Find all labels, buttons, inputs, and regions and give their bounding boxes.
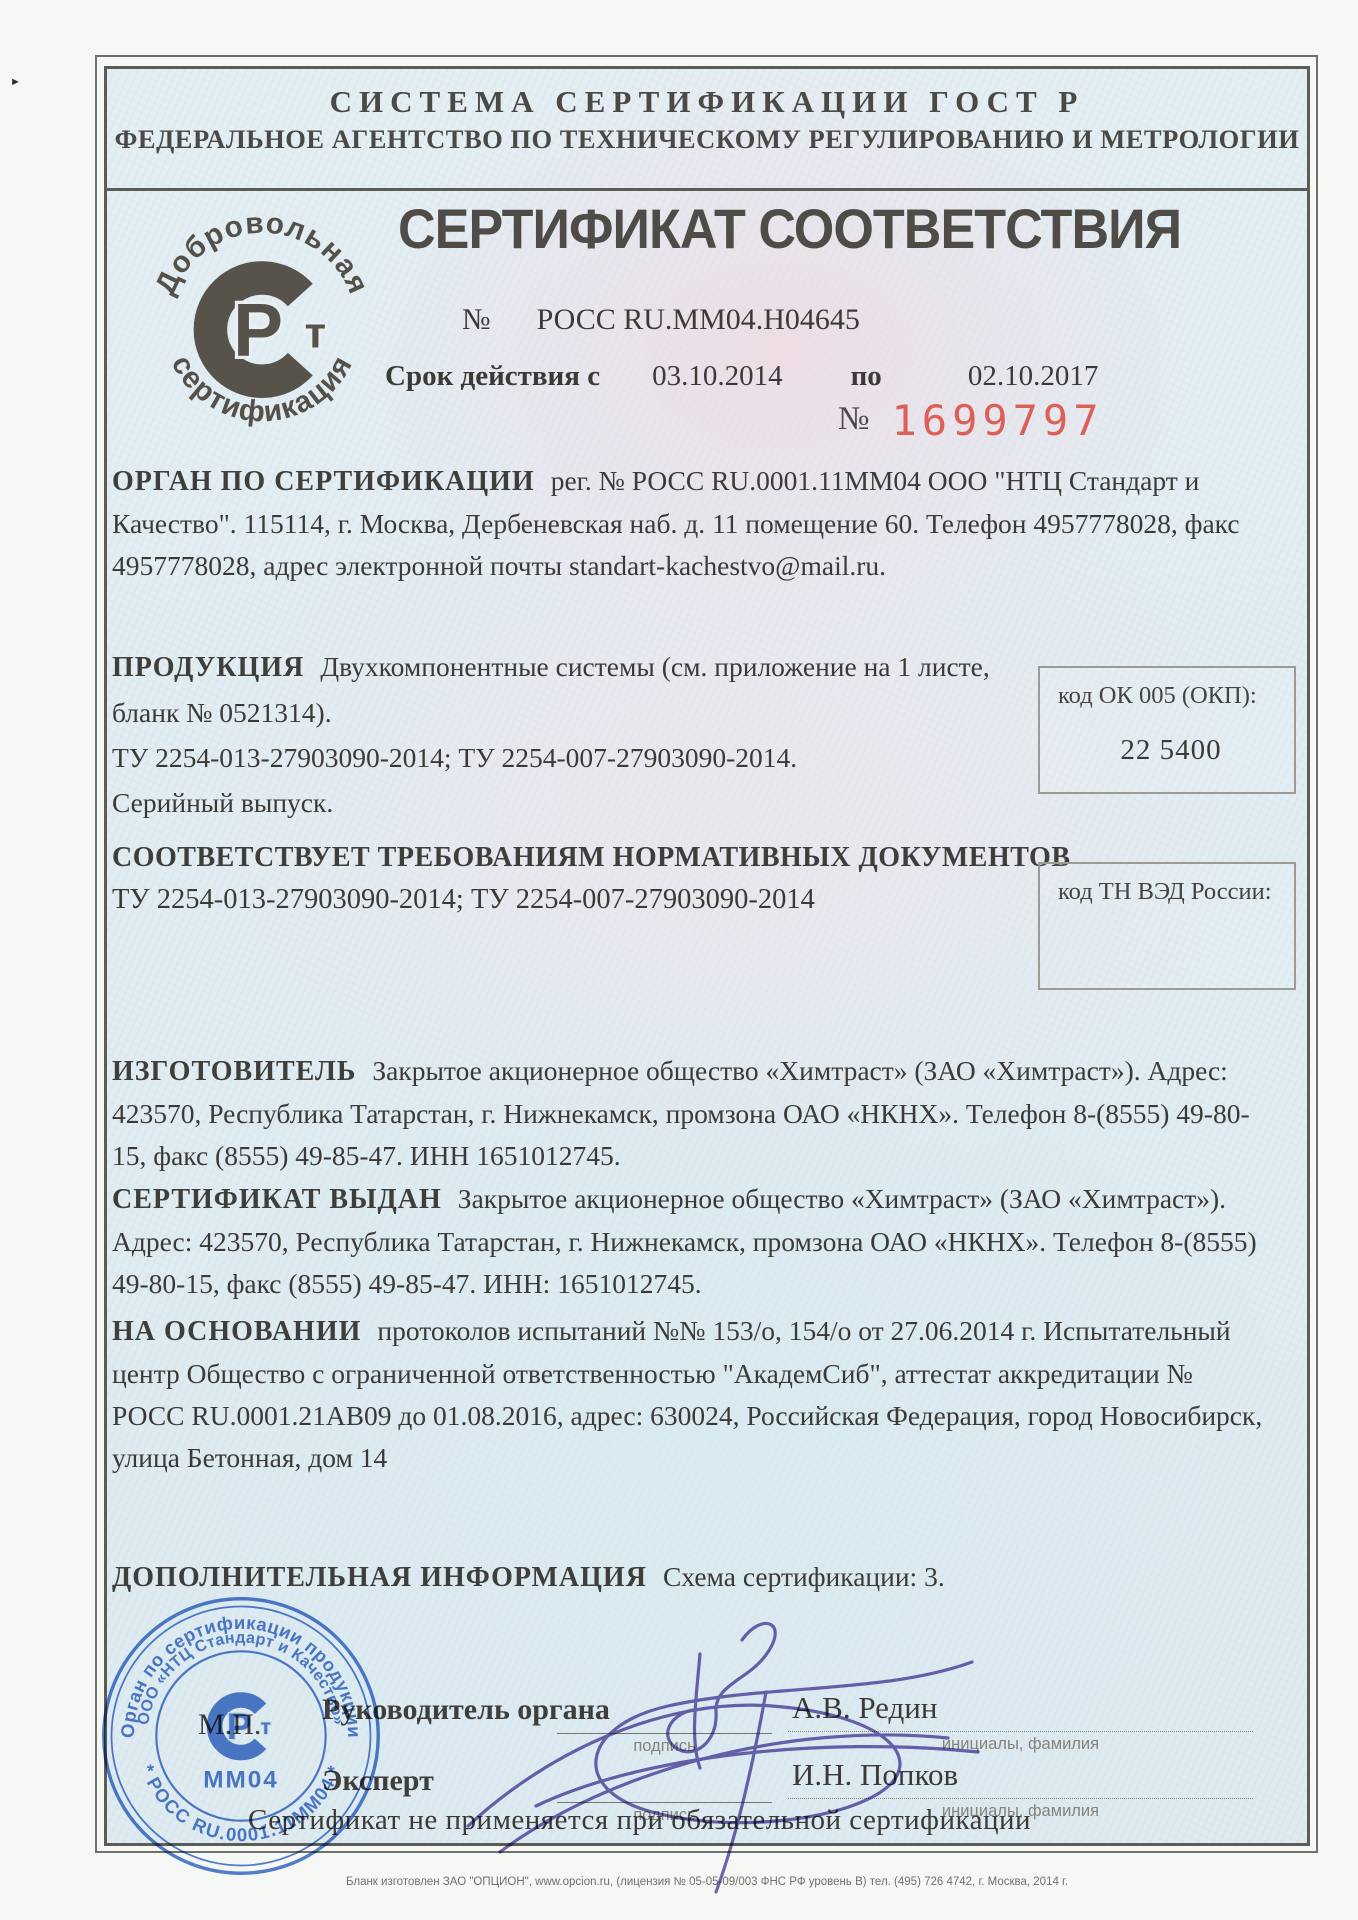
conformity-documents: ТУ 2254-013-27903090-2014; ТУ 2254-007-2… [112,884,815,916]
validity-from: 03.10.2014 [652,360,783,392]
okp-code-value: 22 5400 [1058,734,1284,767]
certificate-number-row: №РОСС RU.ММ04.Н04645 [462,303,860,337]
issued-to-section: СЕРТИФИКАТ ВЫДАНЗакрытое акционерное общ… [112,1178,1268,1305]
blank-serial-number: 1699797 [892,396,1104,445]
system-header: СИСТЕМА СЕРТИФИКАЦИИ ГОСТ Р [104,84,1310,120]
production-line-2: бланк № 0521314). [112,690,1044,735]
head-signature-line [557,1733,772,1734]
production-line-1: ПРОДУКЦИЯДвухкомпонентные системы (см. п… [112,644,1044,690]
basis-label: НА ОСНОВАНИИ [112,1316,361,1347]
expert-name: И.Н. Попков [792,1757,958,1793]
expert-signature-line [557,1802,772,1803]
validity-row: Срок действия с03.10.2014по02.10.2017 [385,360,1098,393]
conformity-header: СООТВЕТСТВУЕТ ТРЕБОВАНИЯМ НОРМАТИВНЫХ ДО… [112,842,1071,874]
tnved-code-box: код ТН ВЭД России: [1038,862,1296,990]
issued-to-label: СЕРТИФИКАТ ВЫДАН [112,1184,442,1215]
logo-p-letter: Р [233,287,283,371]
stamp-code-text: ММ04 [203,1767,278,1794]
validity-to: 02.10.2017 [968,360,1099,392]
validity-to-label: по [851,360,882,392]
manufacturer-label: ИЗГОТОВИТЕЛЬ [112,1056,356,1087]
basis-section: НА ОСНОВАНИИпротоколов испытаний №№ 153/… [112,1310,1264,1479]
production-text-1: Двухкомпонентные системы (см. приложение… [320,651,989,682]
validity-label: Срок действия с [385,360,600,392]
head-of-body-name: А.В. Редин [792,1690,937,1726]
production-line-4: Серийный выпуск. [112,780,1044,825]
tnved-code-label: код ТН ВЭД России: [1058,878,1272,905]
certification-stamp-icon: Орган по сертификации продукции ООО «НТЦ… [95,1590,387,1882]
head-name-caption: инициалы, фамилия [788,1735,1253,1754]
certificate-title: СЕРТИФИКАТ СООТВЕТСТВИЯ [398,196,1181,261]
header-divider [104,188,1310,191]
head-name-line [788,1731,1253,1732]
stamp-rst-p-letter: Р [227,1706,252,1747]
additional-info-label: ДОПОЛНИТЕЛЬНАЯ ИНФОРМАЦИЯ [112,1562,647,1593]
stamp-rst-t-letter: т [260,1715,270,1739]
okp-code-box: код ОК 005 (ОКП): 22 5400 [1038,666,1296,794]
blank-serial-label: № [838,401,870,437]
certification-body-section: ОРГАН ПО СЕРТИФИКАЦИИрег. № РОСС RU.0001… [112,460,1254,587]
certification-body-label: ОРГАН ПО СЕРТИФИКАЦИИ [112,466,535,497]
okp-code-label: код ОК 005 (ОКП): [1058,682,1257,709]
certificate-number-label: № [462,303,491,336]
certificate-page: ► СИСТЕМА СЕРТИФИКАЦИИ ГОСТ Р ФЕДЕРАЛЬНО… [0,0,1358,1920]
scan-artifact: ► [10,76,21,88]
rst-voluntary-certification-logo-icon: Добровольная сертификация Р т [133,198,391,456]
blank-serial-row: №1699797 [838,396,1104,445]
head-signature-caption: подпись [557,1737,772,1756]
agency-header: ФЕДЕРАЛЬНОЕ АГЕНТСТВО ПО ТЕХНИЧЕСКОМУ РЕ… [104,124,1310,155]
additional-info-text: Схема сертификации: 3. [663,1561,945,1592]
production-section: ПРОДУКЦИЯДвухкомпонентные системы (см. п… [112,644,1044,825]
production-line-3: ТУ 2254-013-27903090-2014; ТУ 2254-007-2… [112,735,1044,780]
logo-t-letter: т [305,309,326,358]
production-label: ПРОДУКЦИЯ [112,652,304,683]
manufacturer-section: ИЗГОТОВИТЕЛЬЗакрытое акционерное обществ… [112,1050,1260,1177]
expert-name-line [788,1798,1253,1799]
certificate-number-value: РОСС RU.ММ04.Н04645 [537,303,860,336]
